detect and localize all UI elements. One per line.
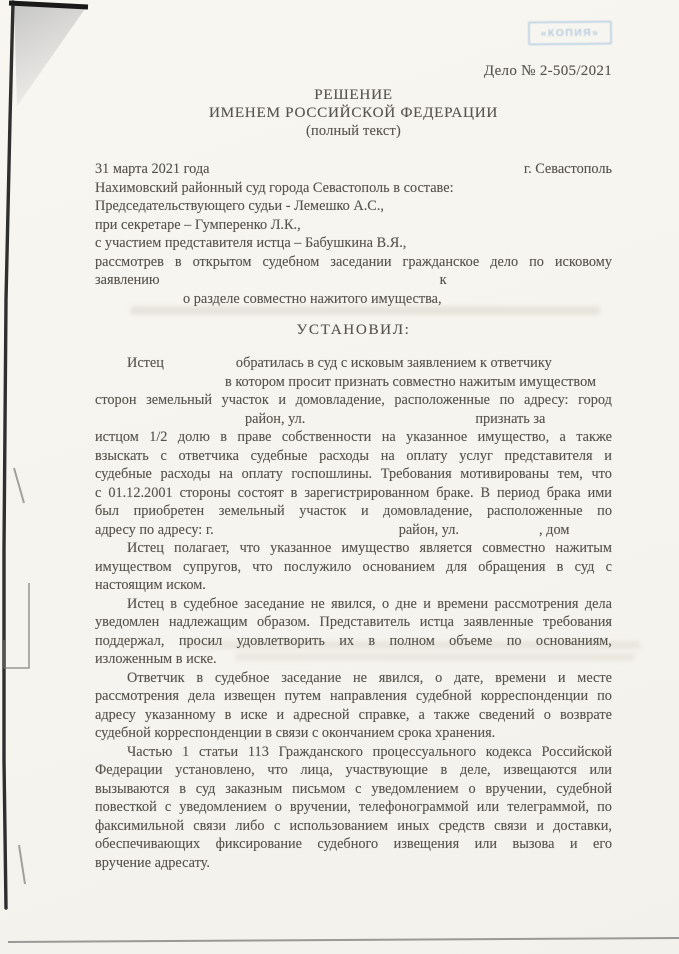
document-line: вызываютсявсудзаказнымписьмомсуведомлени… <box>95 780 612 799</box>
document-line: о разделе совместно нажитого имущества, <box>183 290 612 309</box>
document-line: взыскатьсответчикасудебныерасходынаоплат… <box>95 447 612 466</box>
document-line: уведомленнадлежащимобразом.Представитель… <box>95 613 612 632</box>
document-line: в котором просит признать совместно нажи… <box>95 373 612 392</box>
document-line: Истецобратилась в суд с исковым заявлени… <box>95 354 612 373</box>
fold-corner-shadow <box>14 3 87 106</box>
document-line: обеспечивающихфиксированиесудебногоизвещ… <box>95 835 612 854</box>
left-edge-line <box>4 2 13 908</box>
bottom-scan-line <box>8 938 679 942</box>
document-line: факсимильнойсвязилибосиспользованиеминых… <box>95 817 612 836</box>
document-line: район, ул.признать за <box>95 410 612 429</box>
section-heading: УСТАНОВИЛ: <box>95 321 612 340</box>
title-in-the-name: ИМЕНЕМ РОССИЙСКОЙ ФЕДЕРАЦИИ <box>95 104 612 122</box>
document-line: истцом1/2долювправесобственностинауказан… <box>95 428 612 447</box>
pen-tick-1 <box>14 468 24 503</box>
document-line: с участием представителя истца – Бабушки… <box>95 234 612 253</box>
document-line: рассмотренияделаизвещенпутемнаправленияс… <box>95 687 612 706</box>
document-line: адресу по адресу: г.район, ул., дом <box>95 521 612 540</box>
document-line: поддержал,просилудовлетворитьихвполномоб… <box>95 632 612 651</box>
document-line: Истецполагает,чтоуказанноеимуществоявляе… <box>95 539 612 558</box>
scanned-court-document-page: «КОПИЯ» Дело № 2-505/2021 РЕШЕНИЕ ИМЕНЕМ… <box>0 0 679 954</box>
case-header-block: 31 марта 2021 годаг. СевастопольНахимовс… <box>95 160 612 308</box>
document-line: Истецвсудебноезаседаниенеявился,однеивре… <box>95 595 612 614</box>
document-line: судебной корреспонденции в связи с оконч… <box>95 724 612 743</box>
document-line: повесткойсуведомлениемовручении,телефоно… <box>95 798 612 817</box>
copy-stamp-label: «КОПИЯ» <box>541 27 600 40</box>
document-line: при секретаре – Гумперенко Л.К., <box>95 216 612 235</box>
document-line: имуществомсупругов,чтопослужилооснование… <box>95 558 612 577</box>
document-line: с01.12.2001сторонысостоятвзарегистрирова… <box>95 484 612 503</box>
document-line: Нахимовский районный суд города Севастоп… <box>95 179 612 198</box>
document-line: судебныерасходынаоплатугоспошлины.Требов… <box>95 465 612 484</box>
title-decision: РЕШЕНИЕ <box>95 86 612 104</box>
document-line: сторонземельныйучастокидомовладение,расп… <box>95 391 612 410</box>
document-line: изложенным в иске. <box>95 650 612 669</box>
document-line: заявлениюк <box>95 271 612 290</box>
document-line: Ответчиквсудебноезаседаниенеявился,одате… <box>95 669 612 688</box>
document-title: РЕШЕНИЕ ИМЕНЕМ РОССИЙСКОЙ ФЕДЕРАЦИИ (пол… <box>95 86 612 140</box>
document-line: адресууказанномувискеиадреснойсправке,ат… <box>95 706 612 725</box>
document-line: 31 марта 2021 годаг. Севастополь <box>95 160 612 179</box>
document-line: Частью1статьи113Гражданскогопроцессуальн… <box>95 743 612 762</box>
title-full-text: (полный текст) <box>95 122 612 140</box>
case-number: Дело № 2-505/2021 <box>95 62 612 82</box>
document-line: Федерацииустановлено,чтолица,участвующие… <box>95 761 612 780</box>
copy-stamp: «КОПИЯ» <box>528 21 612 46</box>
document-body: Дело № 2-505/2021 РЕШЕНИЕ ИМЕНЕМ РОССИЙС… <box>95 62 612 872</box>
fold-corner-edge <box>9 3 88 7</box>
document-line: рассмотреввоткрытомсудебномзаседанииграж… <box>95 253 612 272</box>
decision-text-block: Истецобратилась в суд с исковым заявлени… <box>95 354 612 872</box>
document-line: Председательствующего судьи - Лемешко А.… <box>95 197 612 216</box>
paper-corner-outline <box>4 583 29 668</box>
document-line: вручение адресату. <box>95 854 612 873</box>
pen-tick-2 <box>19 845 25 884</box>
document-line: былприобретенземельныйучастокидомовладен… <box>95 502 612 521</box>
document-line: настоящим иском. <box>95 576 612 595</box>
